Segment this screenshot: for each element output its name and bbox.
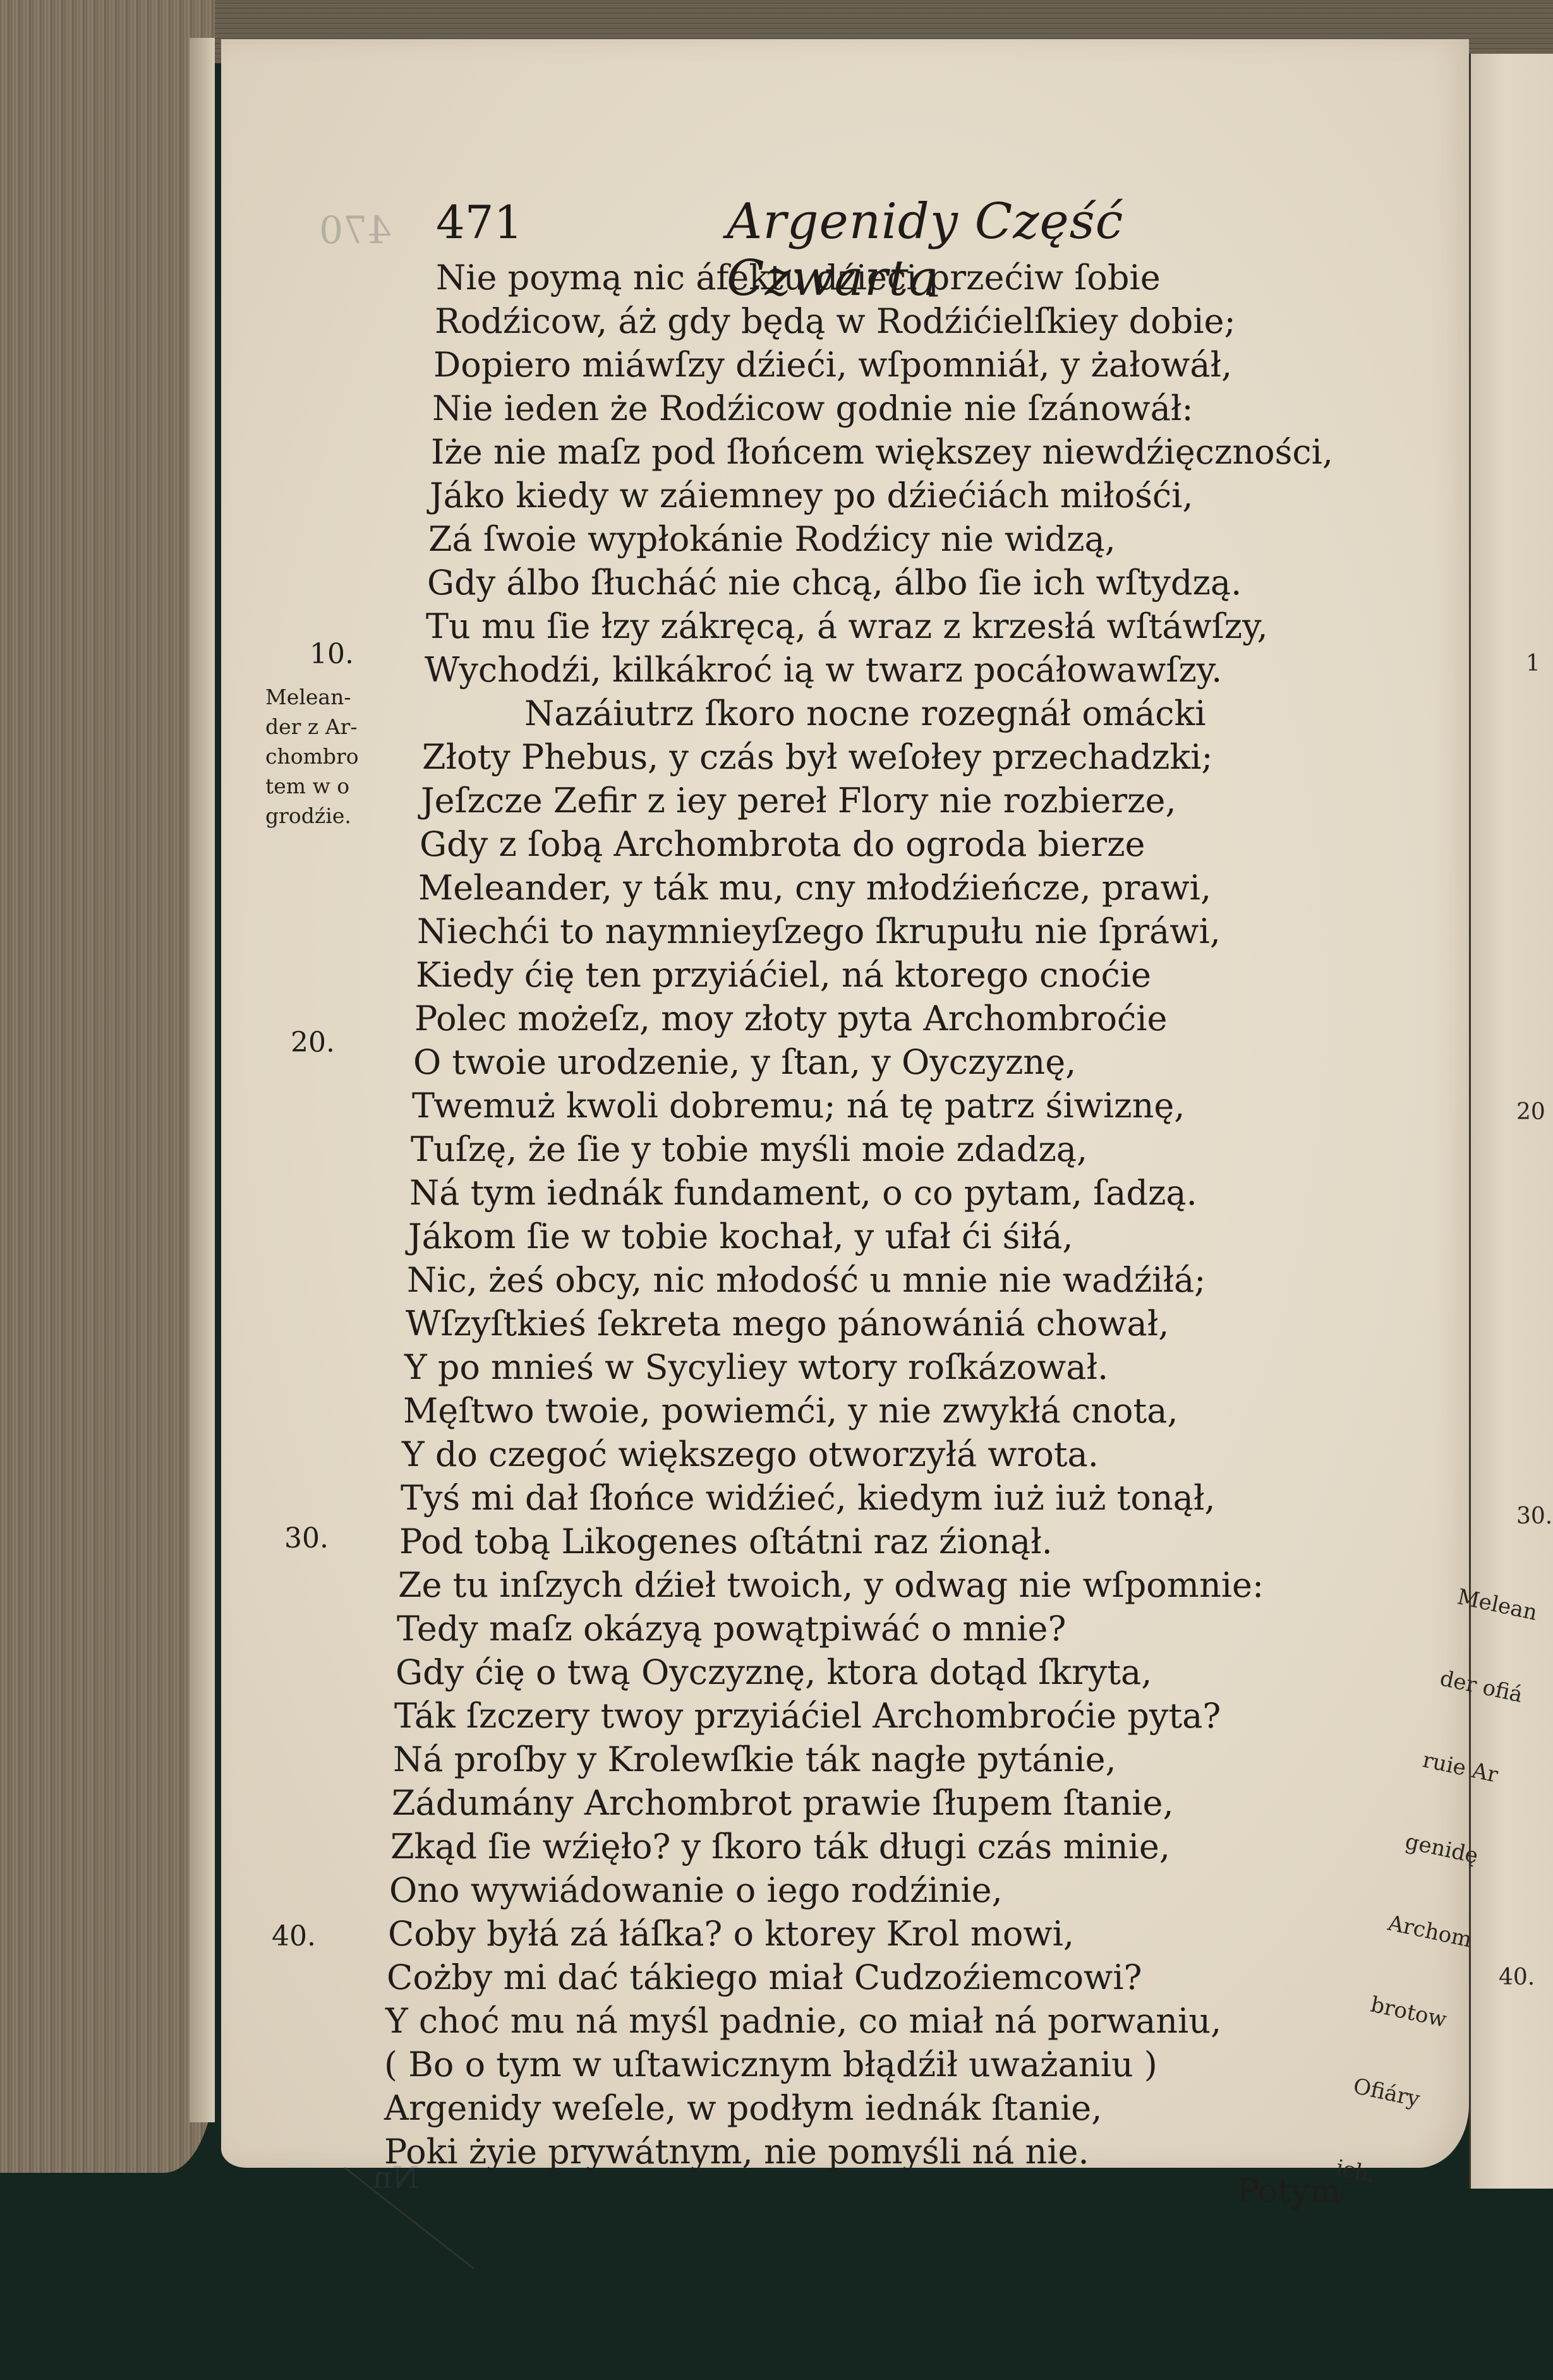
verse-line: Y do czegoć większego otworzyłá wrota. — [402, 1433, 1365, 1476]
verse-line: Tyś mi dał ſłońce widźieć, kiedym iuż iu… — [401, 1476, 1365, 1520]
line-number: 40. — [240, 1920, 316, 1952]
facing-note-line: brotow — [1368, 1991, 1457, 2036]
verse-line: Nic, żeś obcy, nic młodość u mnie nie wa… — [407, 1258, 1365, 1302]
verse-line: Polec możeſz, moy złoty pyta Archombroći… — [414, 997, 1365, 1040]
verse-line: Coby byłá zá łáſka? o ktorey Krol mowi, — [388, 1912, 1365, 1956]
facing-line-number: 40. — [1499, 1964, 1535, 1990]
verse-line: Argenidy weſele, w podłym iednák ſtanie, — [384, 2086, 1365, 2130]
verse-line: ( Bo o tym w uſtawicznym błądźił uważani… — [384, 2043, 1365, 2086]
margin-note-line: tem w o — [265, 771, 392, 801]
verse-line: Rodźicow, áż gdy będą w Rodźićielſkiey d… — [435, 299, 1365, 343]
verse-line: Gdy ćię o twą Oyczyznę, ktora dotąd ſkry… — [396, 1650, 1365, 1694]
verse-line: Jákom ſie w tobie kochał, y ufał ći śiłá… — [408, 1215, 1365, 1258]
facing-note-line: ruie Ar — [1420, 1746, 1509, 1791]
verse-line: Twemuż kwoli dobremu; ná tę patrz śiwizn… — [412, 1084, 1365, 1127]
line-number: 20. — [259, 1026, 335, 1059]
verse-line: Tedy maſz okázyą powątpiwáć o mnie? — [397, 1607, 1365, 1650]
verse-line: Meleander, y ták mu, cny młodźieńcze, pr… — [418, 866, 1365, 910]
running-header: 471 Argenidy Część Czwarta — [436, 196, 1289, 253]
verse-line: Męſtwo twoie, powiemći, y nie zwykłá cno… — [403, 1389, 1365, 1433]
facing-note-line: der ofiá — [1437, 1664, 1526, 1709]
verse-line: Ono wywiádowanie o iego rodźinie, — [389, 1868, 1365, 1912]
verse-line: Nazáiutrz ſkoro nocne rozegnáł omácki — [423, 692, 1365, 735]
verse-line: Ták ſzczery twoy przyiáćiel Archombroćie… — [394, 1694, 1365, 1738]
verse-line: Zádumány Archombrot prawie ſłupem ſtanie… — [392, 1781, 1365, 1825]
verse-line: Gdy álbo ſłucháć nie chcą, álbo ſie ich … — [427, 561, 1365, 604]
verse-line: Y choć mu ná myśl padnie, co miał ná por… — [385, 1999, 1365, 2043]
facing-line-number: 30. — [1516, 1503, 1552, 1529]
verse-line: Poki żyie prywátnym, nie pomyśli ná nie. — [384, 2130, 1365, 2173]
verse-line: Iże nie maſz pod ſłońcem większey niewdź… — [431, 430, 1365, 474]
verse-line: Złoty Phebus, y czás był weſołey przecha… — [422, 735, 1365, 779]
facing-line-number: 1 — [1526, 651, 1540, 676]
verse-line: Ná proſby y Krolewſkie ták nagłe pytánie… — [393, 1738, 1365, 1781]
facing-note-line: Archom — [1386, 1909, 1475, 1954]
verse-line: Zkąd ſie wźięło? y ſkoro ták długi czás … — [390, 1825, 1365, 1868]
line-number: 10. — [278, 638, 354, 670]
page-number: 471 — [436, 196, 523, 249]
line-number: 30. — [253, 1522, 329, 1554]
facing-note-line: Melean — [1455, 1583, 1544, 1628]
verse-line: Cożby mi dać tákiego miał Cudzoźiemcowi? — [387, 1956, 1365, 1999]
facing-note-line: genidę — [1403, 1827, 1492, 1872]
show-through-page-number: 470 — [319, 208, 392, 253]
verse-line: Gdy z ſobą Archombrota do ogroda bierze — [420, 822, 1365, 866]
verse-line: Tuſzę, że ſie y tobie myśli moie zdadzą, — [411, 1127, 1365, 1171]
margin-note-line: Melean- — [265, 682, 392, 712]
margin-note-line: chombro — [265, 742, 392, 771]
verse-line: Dopiero miáwſzy dźieći, wſpomniáł, y żał… — [433, 343, 1365, 387]
verse-line: Ze tu inſzych dźieł twoich, y odwag nie … — [398, 1563, 1365, 1607]
verse-line: Y po mnieś w Sycyliey wtory roſkázował. — [404, 1345, 1365, 1389]
verse-line: Tu mu ſie łzy zákręcą, á wraz z krzesłá … — [426, 604, 1365, 648]
page-edges-stack — [0, 0, 215, 2173]
verse-line: Jáko kiedy w záiemney po dźiećiách miłoś… — [430, 474, 1365, 517]
facing-line-number: 20 — [1516, 1099, 1545, 1125]
verse-line: Jeſzcze Zefir z iey pereł Flory nie rozb… — [421, 779, 1365, 822]
verse-line: Wſzyſtkieś ſekreta mego pánowániá chował… — [406, 1302, 1365, 1345]
verse-line: O twoie urodzenie, y ſtan, y Oyczyznę, — [413, 1040, 1365, 1084]
verse-line: Zá ſwoie wypłokánie Rodźicy nie widzą, — [428, 517, 1365, 561]
verse-line: Niechći to naymnieyſzego ſkrupułu nie ſp… — [417, 910, 1365, 953]
catchword: Potym — [1237, 2173, 1341, 2211]
verse-line: Kiedy ćię ten przyiáćiel, ná ktorego cno… — [416, 953, 1365, 997]
verse-line: Nie poymą nic áfektu dźieći przećiw ſobi… — [436, 256, 1365, 299]
verse-line: Pod tobą Likogenes oſtátni raz źionął. — [399, 1520, 1365, 1563]
verse-text-block: Nie poymą nic áfektu dźieći przećiw ſobi… — [417, 256, 1365, 2173]
verse-line: Wychodźi, kilkákroć ią w twarz pocáłowaw… — [425, 648, 1365, 692]
margin-note: Melean- der z Ar- chombro tem w o grodźi… — [265, 682, 392, 831]
verse-line: Ná tym iednák fundament, o co pytam, ſad… — [409, 1171, 1365, 1215]
verse-line: Nie ieden że Rodźicow godnie nie ſzánowá… — [432, 387, 1365, 430]
margin-note-line: der z Ar- — [265, 712, 392, 742]
margin-note-line: grodźie. — [265, 801, 392, 831]
